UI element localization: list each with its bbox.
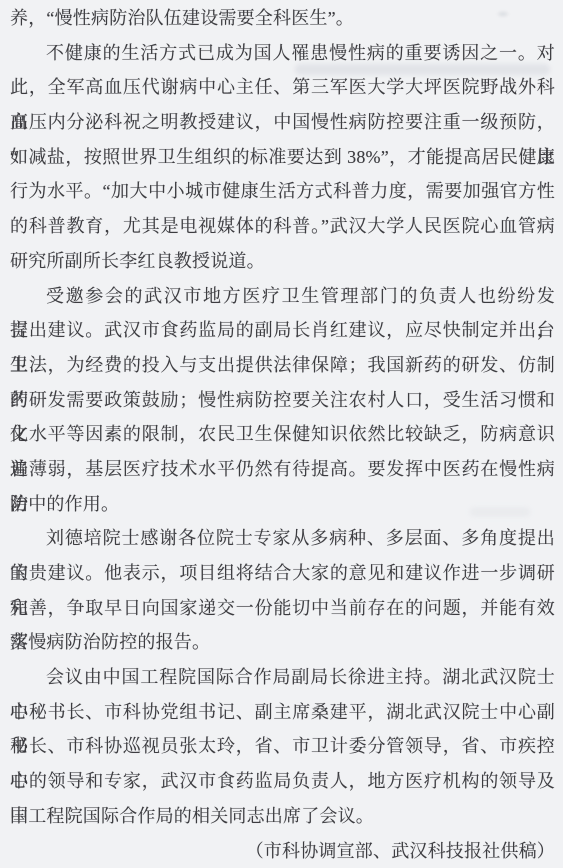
text-line: 养，“慢性病防治队伍建设需要全科医生”。 [10, 1, 555, 36]
text-line: 此，全军高血压代谢病中心主任、第三军医大学大坪医院野战外科高 [10, 70, 555, 105]
text-line: 生法，为经费的投入与支出提供法律保障；我国新药的研发、仿制药 [10, 348, 555, 383]
text-line: 心的领导和专家，武汉市食药监局负责人，地方医疗机构的领导及中 [10, 764, 555, 799]
text-line: 研究所副所长李红良教授说道。 [10, 244, 555, 279]
text-line: 的科普教育，尤其是电视媒体的科普。”武汉大学人民医院心血管病 [10, 209, 555, 244]
text-line: 化水平等因素的限制，农民卫生保健知识依然比较缺乏，防病意识普 [10, 417, 555, 452]
text-line: 刘德培院士感谢各位院士专家从多病种、多层面、多角度提出的 [10, 521, 555, 556]
text-line: 受邀参会的武汉市地方医疗卫生管理部门的负责人也纷纷发言， [10, 279, 555, 314]
text-line: 治中的作用。 [10, 487, 555, 522]
text-line: 血压内分泌科祝之明教授建议，中国慢性病防控要注重一级预防，“比 [10, 105, 555, 140]
text-line: 如减盐，按照世界卫生组织的标准要达到 38%”，才能提高居民健康 [10, 140, 555, 175]
text-line: 书长、市科协巡视员张太玲，省、市卫计委分管领导，省、市疾控中 [10, 729, 555, 764]
text-line: 国工程院国际合作局的相关同志出席了会议。 [10, 799, 555, 834]
scanned-document-page: 养，“慢性病防治队伍建设需要全科医生”。不健康的生活方式已成为国人罹患慢性病的重… [0, 0, 563, 868]
text-line: 宝贵建议。他表示，项目组将结合大家的意见和建议作进一步调研和 [10, 556, 555, 591]
text-line: 实慢病防治防控的报告。 [10, 625, 555, 660]
text-line: 不健康的生活方式已成为国人罹患慢性病的重要诱因之一。对 [10, 36, 555, 71]
text-line: 心秘书长、市科协党组书记、副主席桑建平，湖北武汉院士中心副秘 [10, 695, 555, 730]
text-line: 的研发需要政策鼓励；慢性病防控要关注农村人口，受生活习惯和文 [10, 383, 555, 418]
text-line: 会议由中国工程院国际合作局副局长徐进主持。湖北武汉院士中 [10, 660, 555, 695]
text-line: 遍薄弱，基层医疗技术水平仍然有待提高。要发挥中医药在慢性病防 [10, 452, 555, 487]
text-line: 提出建议。武汉市食药监局的副局长肖红建议，应尽快制定并出台卫 [10, 313, 555, 348]
text-line: 行为水平。“加大中小城市健康生活方式科普力度，需要加强官方性 [10, 174, 555, 209]
article-text: 养，“慢性病防治队伍建设需要全科医生”。不健康的生活方式已成为国人罹患慢性病的重… [10, 1, 555, 868]
byline: （市科协调宣部、武汉科技报社供稿） [10, 834, 555, 868]
text-line: 完善，争取早日向国家递交一份能切中当前存在的问题，并能有效落 [10, 591, 555, 626]
